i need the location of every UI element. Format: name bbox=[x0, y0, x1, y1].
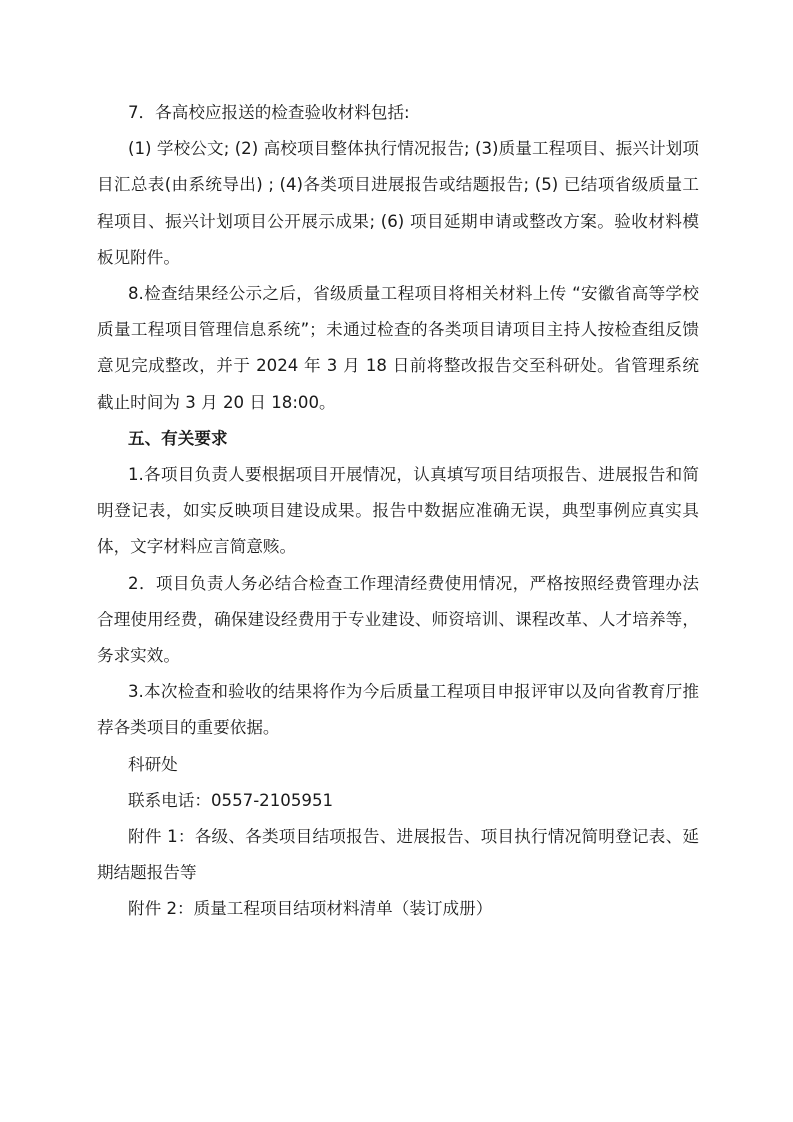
contact-phone: 联系电话：0557-2105951 bbox=[97, 783, 699, 819]
paragraph-requirement-1: 1.各项目负责人要根据项目开展情况，认真填写项目结项报告、进展报告和简明登记表，… bbox=[97, 457, 699, 566]
paragraph-materials-list: (1) 学校公文; (2) 高校项目整体执行情况报告; (3)质量工程项目、振兴… bbox=[97, 131, 699, 276]
document-page: 7．各高校应报送的检查验收材料包括: (1) 学校公文; (2) 高校项目整体执… bbox=[97, 95, 699, 928]
paragraph-requirement-2: 2．项目负责人务必结合检查工作理清经费使用情况，严格按照经费管理办法合理使用经费… bbox=[97, 566, 699, 675]
section-heading-requirements: 五、有关要求 bbox=[97, 421, 699, 457]
paragraph-item-7: 7．各高校应报送的检查验收材料包括: bbox=[97, 95, 699, 131]
paragraph-item-8: 8.检查结果经公示之后，省级质量工程项目将相关材料上传 “安徽省高等学校质量工程… bbox=[97, 276, 699, 421]
signature-office: 科研处 bbox=[97, 747, 699, 783]
attachment-2: 附件 2：质量工程项目结项材料清单（装订成册） bbox=[97, 891, 699, 927]
paragraph-requirement-3: 3.本次检查和验收的结果将作为今后质量工程项目申报评审以及向省教育厅推荐各类项目… bbox=[97, 674, 699, 746]
attachment-1: 附件 1：各级、各类项目结项报告、进展报告、项目执行情况简明登记表、延期结题报告… bbox=[97, 819, 699, 891]
